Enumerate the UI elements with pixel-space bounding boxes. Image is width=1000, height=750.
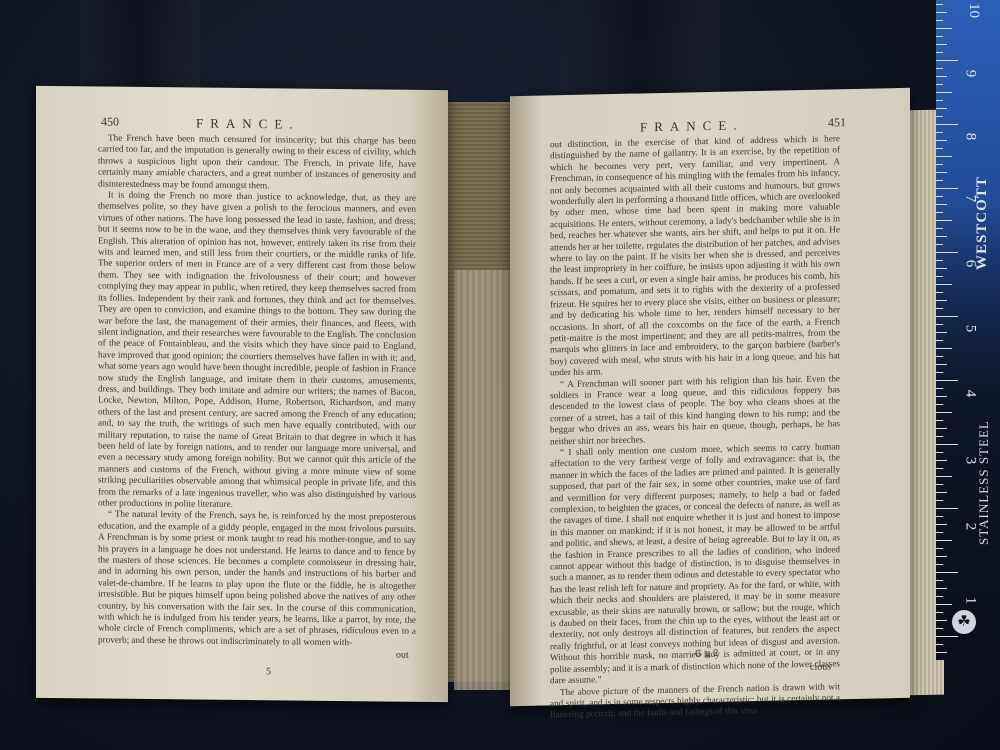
ruler-tick: [936, 44, 947, 45]
ruler-tick: [936, 220, 952, 221]
ruler-tick: [936, 260, 943, 261]
ruler-tick: [936, 372, 943, 373]
ruler-logo-icon: ☘: [952, 610, 976, 634]
ruler-tick: [936, 516, 943, 517]
ruler-tick: [936, 588, 947, 589]
page-body: out distinction, in the exercise of that…: [550, 133, 840, 721]
ruler-tick: [936, 644, 943, 645]
ruler-tick: [936, 196, 943, 197]
open-book: 450 FRANCE. The French have been much ce…: [0, 0, 1000, 750]
ruler-tick: [936, 340, 943, 341]
ruler-tick: [936, 548, 943, 549]
ruler-tick: [936, 156, 952, 157]
ruler-inch-label: 5: [961, 325, 978, 333]
ruler-tick: [936, 124, 958, 125]
running-head: FRANCE.: [640, 117, 744, 135]
ruler-tick: [936, 428, 947, 429]
ruler-tick: [936, 524, 947, 525]
ruler-tick: [936, 484, 943, 485]
ruler-tick: [936, 244, 943, 245]
ruler-tick: [936, 356, 943, 357]
ruler-tick: [936, 444, 958, 445]
ruler-tick: [936, 212, 943, 213]
page-number: 451: [828, 115, 846, 130]
ruler-inch-label: 4: [961, 390, 978, 398]
ruler-tick: [936, 284, 952, 285]
ruler-tick: [936, 412, 952, 413]
paragraph: “ The natural levity of the French, says…: [98, 509, 416, 649]
paragraph: The above picture of the manners of the …: [550, 681, 840, 721]
ruler-tick: [936, 436, 943, 437]
ruler-tick: [936, 4, 943, 5]
page-number: 450: [101, 115, 119, 130]
ruler-tick: [936, 228, 943, 229]
ruler-tick: [936, 628, 943, 629]
running-head: FRANCE.: [196, 116, 300, 133]
ruler-tick: [936, 172, 947, 173]
ruler-tick: [936, 388, 943, 389]
ruler-tick: [936, 100, 943, 101]
ruler-tick: [936, 236, 947, 237]
ruler-tick: [936, 132, 943, 133]
ruler-tick: [936, 252, 958, 253]
ruler-tick: [936, 68, 943, 69]
ruler-tick: [936, 380, 958, 381]
ruler-tick: [936, 36, 943, 37]
ruler-tick: [936, 52, 943, 53]
ruler-tick: [936, 292, 943, 293]
ruler-tick: [936, 28, 952, 29]
ruler-tick: [936, 508, 958, 509]
ruler-tick: [936, 332, 947, 333]
ruler-tick: [936, 20, 943, 21]
ruler-tick: [936, 140, 947, 141]
ruler-tick: [936, 420, 943, 421]
ruler-tick: [936, 308, 943, 309]
ruler-tick: [936, 316, 958, 317]
ruler-tick: [936, 612, 943, 613]
ruler-tick: [936, 556, 947, 557]
ruler-tick: [936, 452, 943, 453]
ruler-tick: [936, 348, 952, 349]
ruler-tick: [936, 492, 947, 493]
ruler-tick: [936, 580, 943, 581]
ruler-tick: [936, 300, 947, 301]
ruler-tick: [936, 476, 952, 477]
ruler-brand: WESTCOTT: [974, 176, 991, 270]
ruler-tick: [936, 324, 943, 325]
ruler-tick: [936, 596, 943, 597]
paragraph: “ A Frenchman will sooner part with his …: [550, 373, 840, 448]
paragraph: out distinction, in the exercise of that…: [550, 133, 840, 379]
ruler-tick: [936, 572, 958, 573]
page-body: The French have been much censured for i…: [98, 132, 416, 649]
ruler-tick: [936, 620, 947, 621]
signature-mark: Gg2: [695, 648, 721, 660]
ruler-tick: [936, 500, 943, 501]
ruler-tick: [936, 76, 947, 77]
ruler-tick: [936, 468, 943, 469]
ruler-tick: [936, 204, 947, 205]
ruler-tick: [936, 460, 947, 461]
ruler-tick: [936, 164, 943, 165]
ruler-tick: [936, 268, 947, 269]
ruler-material-label: STAINLESS STEEL: [976, 420, 992, 545]
paragraph: It is doing the French no more than just…: [98, 190, 416, 513]
right-page: FRANCE. 451 out distinction, in the exer…: [510, 88, 910, 706]
ruler-tick: [936, 540, 952, 541]
ruler-tick: [936, 604, 952, 605]
signature-mark: 5: [266, 666, 271, 677]
ruler-tick: [936, 276, 943, 277]
left-page: 450 FRANCE. The French have been much ce…: [36, 86, 448, 702]
ruler-tick: [936, 652, 947, 653]
ruler-tick: [936, 404, 943, 405]
ruler-tick: [936, 636, 958, 637]
ruler-tick: [936, 364, 947, 365]
ruler-tick: [936, 532, 943, 533]
ruler-inch-label: 9: [961, 70, 978, 78]
ruler-tick: [936, 12, 947, 13]
ruler-tick: [936, 180, 943, 181]
catchword: cious: [810, 661, 831, 672]
ruler-inch-label: 8: [961, 133, 978, 141]
ruler-tick: [936, 148, 943, 149]
ruler-tick: [936, 564, 943, 565]
ruler-tick: [936, 92, 952, 93]
ruler-tick: [936, 188, 958, 189]
catchword: out: [396, 650, 409, 661]
ruler-tick: [936, 84, 943, 85]
ruler-inch-label: 1: [961, 597, 978, 605]
ruler-tick: [936, 60, 958, 61]
spine-binding: [454, 270, 510, 690]
ruler-inch-label: 10: [965, 3, 982, 18]
ruler: 1 2 3 4 5 6 7 8 9 10 WESTCOTT STAINLESS …: [936, 0, 1000, 660]
ruler-tick: [936, 396, 947, 397]
ruler-tick: [936, 108, 947, 109]
paragraph: The French have been much censured for i…: [98, 132, 416, 192]
ruler-tick: [936, 116, 943, 117]
